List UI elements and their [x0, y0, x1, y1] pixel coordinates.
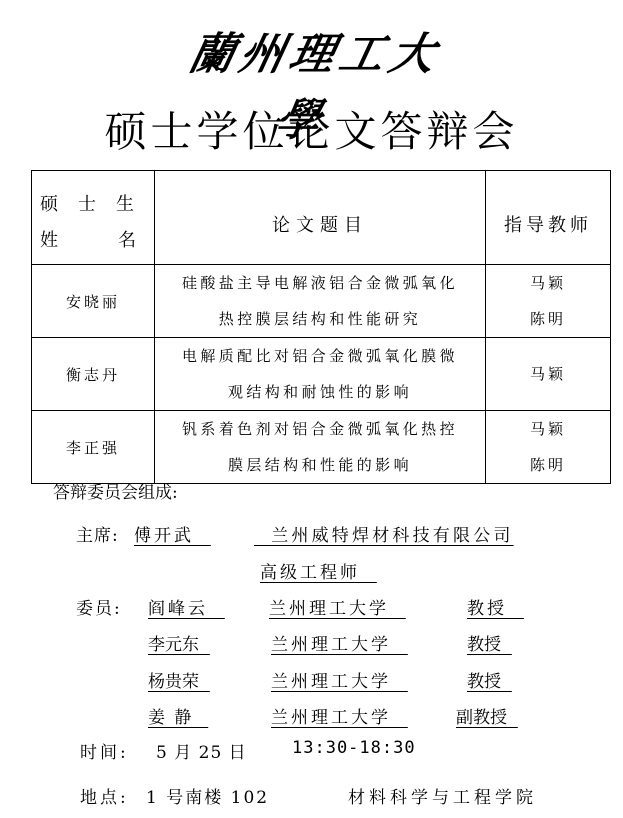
university-logo: 蘭州理工大學 [173, 22, 457, 88]
defense-date: 5 月 25 日 [156, 738, 247, 763]
topic-line: 观结构和耐蚀性的影响 [155, 374, 485, 410]
member-org: 兰州理工大学 [269, 594, 406, 619]
header-char: 硕 [40, 187, 78, 223]
member-title: 教授 [467, 630, 512, 655]
student-name: 安晓丽 [32, 265, 155, 338]
topic-line: 钒系着色剂对铝合金微弧氧化热控 [155, 411, 485, 447]
table-row: 衡志丹 电解质配比对铝合金微弧氧化膜微观结构和耐蚀性的影响 马颖 [32, 338, 611, 411]
place-label: 地点: [80, 783, 129, 808]
member-org: 兰州理工大学 [271, 630, 408, 655]
chair-title: 高级工程师 [260, 558, 377, 583]
member-title: 副教授 [456, 703, 518, 728]
advisor-name: 马颖 [486, 265, 610, 301]
header-student-name: 硕士生 姓名 [32, 171, 155, 265]
advisors: 马颖陈明 [486, 265, 611, 338]
advisors: 马颖 [486, 338, 611, 411]
department: 材料科学与工程学院 [348, 783, 537, 808]
thesis-topic: 电解质配比对铝合金微弧氧化膜微观结构和耐蚀性的影响 [155, 338, 486, 411]
table-row: 李正强 钒系着色剂对铝合金微弧氧化热控膜层结构和性能的影响 马颖陈明 [32, 411, 611, 484]
topic-line: 硅酸盐主导电解液铝合金微弧氧化 [155, 265, 485, 301]
member-title: 教授 [467, 594, 524, 619]
chair-label: 主席: [76, 521, 119, 546]
topic-line: 膜层结构和性能的影响 [155, 447, 485, 483]
member-name: 李元东 [148, 630, 210, 655]
defense-time: 13:30-18:30 [292, 738, 416, 758]
member-name: 杨贵荣 [148, 667, 210, 692]
topic-line: 热控膜层结构和性能研究 [155, 301, 485, 337]
thesis-table: 硕士生 姓名 论文题目 指导教师 安晓丽 硅酸盐主导电解液铝合金微弧氧化热控膜层… [31, 170, 611, 484]
thesis-topic: 钒系着色剂对铝合金微弧氧化热控膜层结构和性能的影响 [155, 411, 486, 484]
member-name: 阎峰云 [148, 594, 225, 619]
defense-location: 1 号南楼 102 [146, 783, 269, 808]
page-title: 硕士学位论文答辩会 [0, 102, 623, 162]
header-char: 生 [116, 187, 154, 223]
header-advisor: 指导教师 [486, 171, 611, 265]
advisor-name: 陈明 [486, 447, 610, 483]
student-name: 衡志丹 [32, 338, 155, 411]
chair-org: 兰州威特焊材科技有限公司 [254, 521, 514, 546]
committee-heading: 答辩委员会组成: [53, 478, 178, 503]
time-label: 时间: [80, 738, 129, 763]
advisors: 马颖陈明 [486, 411, 611, 484]
header-char: 名 [118, 223, 136, 259]
advisor-name: 陈明 [486, 301, 610, 337]
members-label: 委员: [76, 594, 122, 619]
table-header-row: 硕士生 姓名 论文题目 指导教师 [32, 171, 611, 265]
table-row: 安晓丽 硅酸盐主导电解液铝合金微弧氧化热控膜层结构和性能研究 马颖陈明 [32, 265, 611, 338]
student-name: 李正强 [32, 411, 155, 484]
header-topic: 论文题目 [155, 171, 486, 265]
advisor-name: 马颖 [486, 411, 610, 447]
topic-line: 电解质配比对铝合金微弧氧化膜微 [155, 338, 485, 374]
header-char: 士 [78, 187, 116, 223]
member-org: 兰州理工大学 [271, 703, 408, 728]
header-char: 姓 [40, 223, 58, 259]
member-org: 兰州理工大学 [271, 667, 408, 692]
member-title: 教授 [467, 667, 512, 692]
advisor-name: 马颖 [486, 356, 610, 392]
member-name: 姜 静 [148, 703, 208, 728]
chair-name: 傅开武 [134, 521, 211, 546]
thesis-topic: 硅酸盐主导电解液铝合金微弧氧化热控膜层结构和性能研究 [155, 265, 486, 338]
